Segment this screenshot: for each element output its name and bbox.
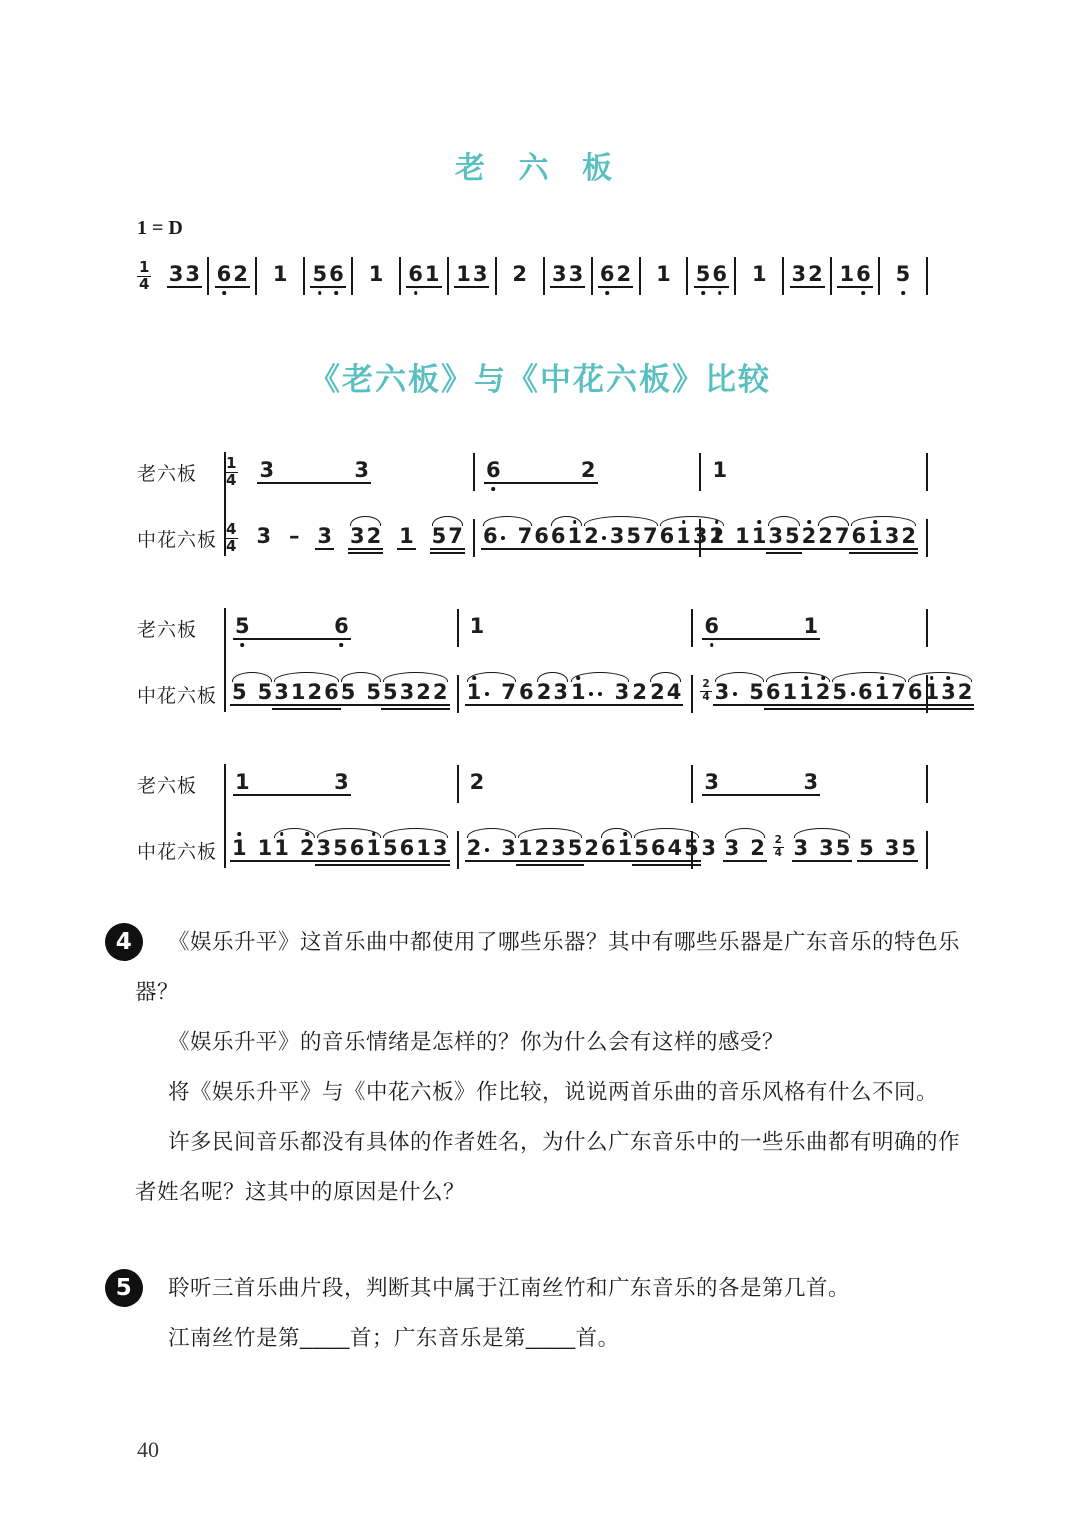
key-signature: 1 = D [137, 217, 1080, 240]
score-measure: 16 [832, 264, 878, 288]
note-group: 1 [751, 264, 768, 288]
note-digit: 2 [583, 526, 600, 547]
note-group: 55 [231, 682, 273, 706]
note-digit: 5 [748, 682, 765, 703]
score-measure: 13 [224, 772, 457, 796]
note-digit: 5 [695, 264, 712, 285]
note-digit: 3 [184, 264, 201, 285]
note-digit: 6 [659, 526, 676, 547]
duration-underline [723, 860, 767, 862]
note-group: 67 [482, 526, 533, 550]
duration-underline [906, 704, 975, 706]
note-digit: 6 [855, 264, 872, 285]
note-digit: 3 [791, 264, 808, 285]
duration-underline [315, 864, 384, 866]
note-group: 33 [703, 772, 819, 796]
note-digit: 2 [815, 682, 832, 703]
note-group: 6 [518, 682, 535, 706]
duration-underline [837, 286, 872, 288]
note-digit: 5 [382, 838, 399, 859]
note-digit: 3 [724, 838, 741, 859]
question-number-badge: 5 [105, 1269, 143, 1307]
note-digit: 1 [570, 682, 587, 703]
note-group: 335 [793, 838, 852, 862]
duration-underline [694, 286, 729, 288]
score-staff: 111235615613231235261564533224335535 [224, 827, 928, 873]
note-digit: 6 [518, 682, 535, 703]
note-digit: 5 [858, 838, 875, 859]
note-digit: 1 [469, 616, 486, 637]
duration-underline [430, 552, 465, 554]
score-staff: 1433621 [224, 449, 928, 495]
score-measure: 32 [784, 264, 830, 288]
note-digit: 1 [751, 526, 768, 547]
score-measure: 1 [353, 264, 399, 288]
question-paragraph: 许多民间音乐都没有具体的作者姓名，为什么广东音乐中的一些乐曲都有明确的作者姓名呢… [120, 1117, 965, 1217]
note-group: 35 [767, 526, 800, 550]
duration-underline [764, 708, 833, 710]
note-group: 1 [368, 264, 385, 288]
note-digit: 1 [798, 682, 815, 703]
time-sig-numerator: 2 [700, 679, 711, 691]
note-group: 35 [714, 682, 765, 706]
note-digit: 1 [234, 772, 251, 793]
row-label: 中花六板 [137, 525, 224, 552]
note-digit: 5 [340, 682, 357, 703]
note-digit: 6 [857, 682, 874, 703]
note-digit: 1 [711, 460, 728, 481]
score-measure: 33 [693, 772, 926, 796]
note-digit: 6 [907, 682, 924, 703]
duration-underline [233, 638, 351, 640]
time-sig-numerator: 4 [224, 522, 238, 539]
duration-underline [406, 286, 441, 288]
note-digit: 1 [424, 264, 441, 285]
duration-underline [272, 708, 341, 710]
score-measure: 1762313224 [459, 682, 692, 706]
duration-underline [215, 286, 250, 288]
note-digit: 3 [399, 682, 416, 703]
questions-section: 4《娱乐升平》这首乐曲中都使用了哪些乐器？其中有哪些乐器是广东音乐的特色乐器？《… [0, 917, 1080, 1363]
barline [926, 831, 928, 869]
comparison-score-systems: 老六板1433621中花六板443–3321576766123576132111… [0, 449, 1080, 873]
note-digit: 1 [290, 682, 307, 703]
row-zhonghualiuban: 中花六板553126555322176231322424356112561761… [137, 671, 928, 717]
note-group: 5617 [831, 682, 907, 706]
duration-underline [397, 548, 416, 550]
note-digit: 2 [232, 264, 249, 285]
duration-underline [550, 286, 585, 288]
note-group: 5322 [382, 682, 449, 706]
note-group: 32 [349, 526, 382, 550]
note-digit: 1 [655, 264, 672, 285]
note-digit: 6 [333, 616, 350, 637]
score-measure: 2435611256176132 [693, 679, 926, 708]
question-4: 4《娱乐升平》这首乐曲中都使用了哪些乐器？其中有哪些乐器是广东音乐的特色乐器？《… [120, 917, 965, 1217]
note-digit: 7 [447, 526, 464, 547]
note-digit: 1 [675, 526, 692, 547]
score-staff: 55312655532217623132242435611256176132 [224, 671, 928, 717]
row-label: 老六板 [137, 459, 224, 486]
note-group: 1 [398, 526, 415, 550]
note-digit: 3 [884, 526, 901, 547]
note-digit: 6 [216, 264, 233, 285]
score-measure: 1 [736, 264, 782, 288]
note-group: 61 [550, 526, 583, 550]
note-digit: 3 [316, 838, 333, 859]
note-digit: 1 [272, 264, 289, 285]
note-digit: 1 [803, 616, 820, 637]
note-digit: 2 [299, 838, 316, 859]
duration-underline [849, 552, 918, 554]
time-sig-denominator: 4 [137, 277, 151, 293]
note-group: 1 [272, 264, 289, 288]
duration-underline [465, 704, 518, 706]
note-digit: 5 [431, 526, 448, 547]
note-group: 2 [583, 838, 600, 862]
duration-underline [702, 638, 820, 640]
note-digit: 7 [500, 682, 517, 703]
row-laoliuban: 老六板1433621 [137, 449, 928, 495]
row-laoliuban: 老六板13233 [137, 761, 928, 807]
note-group: 23 [466, 838, 517, 862]
note-group: 33 [551, 264, 584, 288]
note-digit: 3 [255, 526, 272, 547]
question-lead-text: 聆听三首乐曲片段，判断其中属于江南丝竹和广东音乐的各是第几首。 [168, 1276, 850, 1300]
note-digit: 2 [366, 526, 383, 547]
note-group: 3561 [316, 838, 383, 862]
note-digit: 5 [311, 264, 328, 285]
note-digit: 2 [801, 526, 818, 547]
note-digit: 1 [398, 526, 415, 547]
duration-underline [816, 548, 851, 550]
note-digit: 3 [349, 526, 366, 547]
note-group: 1 [469, 616, 486, 640]
note-group: 24 [649, 682, 682, 706]
duration-underline [648, 704, 683, 706]
note-digit: 3 [714, 682, 731, 703]
question-paragraph: 将《娱乐升平》与《中花六板》作比较，说说两首乐曲的音乐风格有什么不同。 [120, 1067, 965, 1117]
note-group: 6132 [850, 526, 917, 550]
duration-underline [465, 860, 518, 862]
duration-underline [830, 704, 908, 706]
note-digit: 2 [536, 682, 553, 703]
score-measure: 553126555322 [224, 682, 457, 706]
note-digit: 3 [500, 838, 517, 859]
note-digit: 6 [328, 264, 345, 285]
score-staff: 443–3321576766123576132111352276132 [224, 515, 928, 561]
row-laoliuban: 老六板56161 [137, 605, 928, 651]
note-group: 6112 [765, 682, 832, 706]
piece-title: 老 六 板 [0, 0, 1080, 187]
note-group: 6132 [907, 682, 974, 706]
note-group: 57 [431, 526, 464, 550]
score-measure: 2 [497, 264, 543, 288]
note-digit: 6 [550, 526, 567, 547]
laoliuban-score-line: 1433621561611323362156132165 [137, 252, 928, 300]
score-measure: 56 [305, 264, 351, 288]
note-group: 5645 [633, 838, 700, 862]
question-5: 5聆听三首乐曲片段，判断其中属于江南丝竹和广东音乐的各是第几首。江南丝竹是第__… [120, 1263, 965, 1363]
augmentation-dot [501, 536, 505, 540]
note-digit: 3 [568, 264, 585, 285]
row-zhonghualiuban: 中花六板443–3321576766123576132111352276132 [137, 515, 928, 561]
note-digit: 5 [382, 682, 399, 703]
duration-underline [381, 708, 450, 710]
row-label: 中花六板 [137, 837, 224, 864]
time-sig-denominator: 4 [700, 692, 711, 703]
note-digit: 2 [631, 682, 648, 703]
augmentation-dot [602, 536, 606, 540]
note-digit: 5 [895, 264, 912, 285]
barline [926, 453, 928, 491]
note-digit: 6 [533, 526, 550, 547]
note-digit: 6 [399, 838, 416, 859]
note-digit: 3 [551, 264, 568, 285]
score-measure: 13 [449, 264, 495, 288]
duration-underline [481, 548, 534, 550]
duration-underline [599, 860, 634, 862]
duration-underline [630, 704, 649, 706]
duration-underline [790, 286, 825, 288]
note-digit: 3 [803, 772, 820, 793]
duration-underline [430, 548, 465, 550]
duration-underline [632, 860, 701, 862]
score-measure: 2 [459, 772, 692, 796]
note-group: 17 [466, 682, 517, 706]
note-group: 11 [708, 526, 750, 550]
note-digit: 1 [867, 526, 884, 547]
note-group: 5613 [382, 838, 449, 862]
note-digit: 2 [307, 682, 324, 703]
note-digit: 2 [469, 772, 486, 793]
time-signature: 24 [773, 835, 784, 858]
note-group: 535 [858, 838, 917, 862]
note-digit: 3 [793, 838, 810, 859]
row-label: 老六板 [137, 771, 224, 798]
score-measure: 1 [257, 264, 303, 288]
duration-underline [381, 864, 450, 866]
duration-underline [315, 548, 334, 550]
score-measure: 6766123576132 [475, 526, 700, 550]
score-measure: 5 [880, 264, 926, 288]
system-barline [224, 452, 226, 556]
note-digit: 6 [482, 526, 499, 547]
note-group: 16 [838, 264, 871, 288]
note-group: 55 [340, 682, 382, 706]
note-digit: 1 [838, 264, 855, 285]
note-digit: 3 [168, 264, 185, 285]
note-digit: 1 [415, 838, 432, 859]
augmentation-dot [589, 692, 593, 696]
note-digit: 7 [517, 526, 534, 547]
note-digit: 1 [466, 682, 483, 703]
note-digit: 5 [900, 838, 917, 859]
score-measure: 33 [161, 264, 207, 288]
note-digit: 3 [552, 682, 569, 703]
note-digit: 4 [666, 682, 683, 703]
note-group: 62 [599, 264, 632, 288]
note-digit: 3 [767, 526, 784, 547]
note-group: 3126 [273, 682, 340, 706]
question-paragraph: 江南丝竹是第____首；广东音乐是第____首。 [120, 1313, 965, 1363]
question-number-badge: 4 [105, 923, 143, 961]
note-digit: 5 [835, 838, 852, 859]
note-digit: 5 [332, 838, 349, 859]
note-digit: 6 [650, 838, 667, 859]
duration-underline [272, 860, 316, 862]
note-digit: 4 [667, 838, 684, 859]
duration-underline [792, 860, 853, 862]
note-digit: 1 [257, 838, 274, 859]
duration-underline [516, 864, 585, 866]
note-group: 33 [168, 264, 201, 288]
note-digit: 3 [884, 838, 901, 859]
note-group: 1 [751, 526, 768, 550]
score-measure: 3–332157 [248, 526, 473, 550]
score-measure: 1 [701, 460, 926, 484]
score-measure: 62 [475, 460, 700, 484]
time-signature: 24 [700, 679, 711, 702]
duration-underline [549, 548, 584, 550]
note-digit: 3 [273, 682, 290, 703]
duration-underline [230, 704, 274, 706]
score-measure: 61 [693, 616, 926, 640]
augmentation-dot [485, 692, 489, 696]
note-digit: 2 [807, 264, 824, 285]
note-digit: 6 [765, 682, 782, 703]
note-group: 3 [700, 838, 717, 862]
note-group: 61 [703, 616, 819, 640]
augmentation-dot [485, 848, 489, 852]
comparison-system: 老六板56161中花六板5531265553221762313224243561… [137, 605, 928, 717]
note-digit: 3 [614, 682, 631, 703]
note-group: 3 [316, 526, 333, 550]
duration-underline [516, 860, 585, 862]
note-digit: 3 [258, 460, 275, 481]
note-group: 13 [234, 772, 350, 796]
time-signature: 44 [224, 522, 238, 555]
note-group: 56 [311, 264, 344, 288]
duration-underline [713, 704, 766, 706]
comparison-title: 《老六板》与《中花六板》比较 [0, 354, 1080, 399]
note-group: 32 [724, 838, 766, 862]
note-group: 6 [533, 526, 550, 550]
note-group: 2 [469, 772, 486, 796]
score-measure: 1 [459, 616, 692, 640]
duration-underline [707, 548, 751, 550]
note-digit: 2 [749, 838, 766, 859]
note-digit: 2 [583, 838, 600, 859]
barline [926, 765, 928, 803]
duration-underline [517, 704, 536, 706]
score-measure: 111235615613 [224, 838, 457, 862]
note-digit: 1 [517, 838, 534, 859]
duration-underline [315, 860, 384, 862]
time-sig-denominator: 4 [224, 473, 238, 489]
note-group: 1235 [517, 838, 584, 862]
note-digit: 6 [600, 838, 617, 859]
note-digit: 6 [703, 616, 720, 637]
note-digit: 1 [273, 838, 290, 859]
score-measure: 56 [688, 264, 734, 288]
time-signature: 14 [137, 260, 151, 293]
note-group: 27 [817, 526, 850, 550]
note-digit: 2 [415, 682, 432, 703]
duration-underline [535, 704, 570, 706]
duration-underline [830, 708, 908, 710]
note-group: 13 [455, 264, 488, 288]
duration-underline [167, 286, 202, 288]
duration-underline [906, 708, 975, 710]
note-digit: 2 [900, 526, 917, 547]
duration-underline [339, 704, 383, 706]
row-zhonghualiuban: 中花六板111235615613231235261564533224335535 [137, 827, 928, 873]
note-group: 3 [255, 526, 272, 550]
duration-underline [702, 794, 820, 796]
duration-underline [310, 286, 345, 288]
note-digit: 2 [432, 682, 449, 703]
note-group: 5 [895, 264, 912, 288]
note-digit: 1 [617, 838, 634, 859]
note-digit: 7 [890, 682, 907, 703]
note-digit: 6 [349, 838, 366, 859]
note-digit: 3 [432, 838, 449, 859]
note-digit: 1 [566, 526, 583, 547]
comparison-system: 老六板13233中花六板1112356156132312352615645332… [137, 761, 928, 873]
note-digit: 7 [642, 526, 659, 547]
duration-underline [598, 286, 633, 288]
note-digit: 6 [323, 682, 340, 703]
duration-underline [257, 482, 371, 484]
note-digit: 1 [368, 264, 385, 285]
note-digit: 3 [353, 460, 370, 481]
note-digit: 3 [472, 264, 489, 285]
augmentation-dot [851, 692, 855, 696]
score-measure: 33224335535 [693, 835, 926, 864]
note-digit: 1 [734, 526, 751, 547]
note-digit: 3 [703, 772, 720, 793]
row-label: 老六板 [137, 615, 224, 642]
note-digit: 5 [231, 682, 248, 703]
note-digit: 2 [616, 264, 633, 285]
note-group: 2357 [583, 526, 659, 550]
note-digit: 5 [633, 838, 650, 859]
note-digit: 5 [831, 682, 848, 703]
note-group: 61 [407, 264, 440, 288]
score-staff: 56161 [224, 605, 928, 651]
score-measure: 2312352615645 [459, 838, 692, 862]
question-paragraph: 《娱乐升平》的音乐情绪是怎样的？你为什么会有这样的感受？ [120, 1017, 965, 1067]
duration-underline [582, 548, 660, 550]
note-digit: 6 [407, 264, 424, 285]
note-digit: 1 [231, 838, 248, 859]
note-group: 62 [485, 460, 597, 484]
note-digit: 7 [834, 526, 851, 547]
duration-underline [484, 482, 598, 484]
duration-underline [764, 704, 833, 706]
note-group: 56 [234, 616, 350, 640]
time-sig-numerator: 1 [137, 260, 151, 277]
note-group: 13 [570, 682, 630, 706]
note-digit: 5 [365, 682, 382, 703]
augmentation-dot [733, 692, 737, 696]
time-sig-denominator: 4 [224, 539, 238, 555]
barline [926, 609, 928, 647]
note-digit: 1 [751, 264, 768, 285]
note-digit: 6 [485, 460, 502, 481]
note-group: – [288, 526, 301, 550]
